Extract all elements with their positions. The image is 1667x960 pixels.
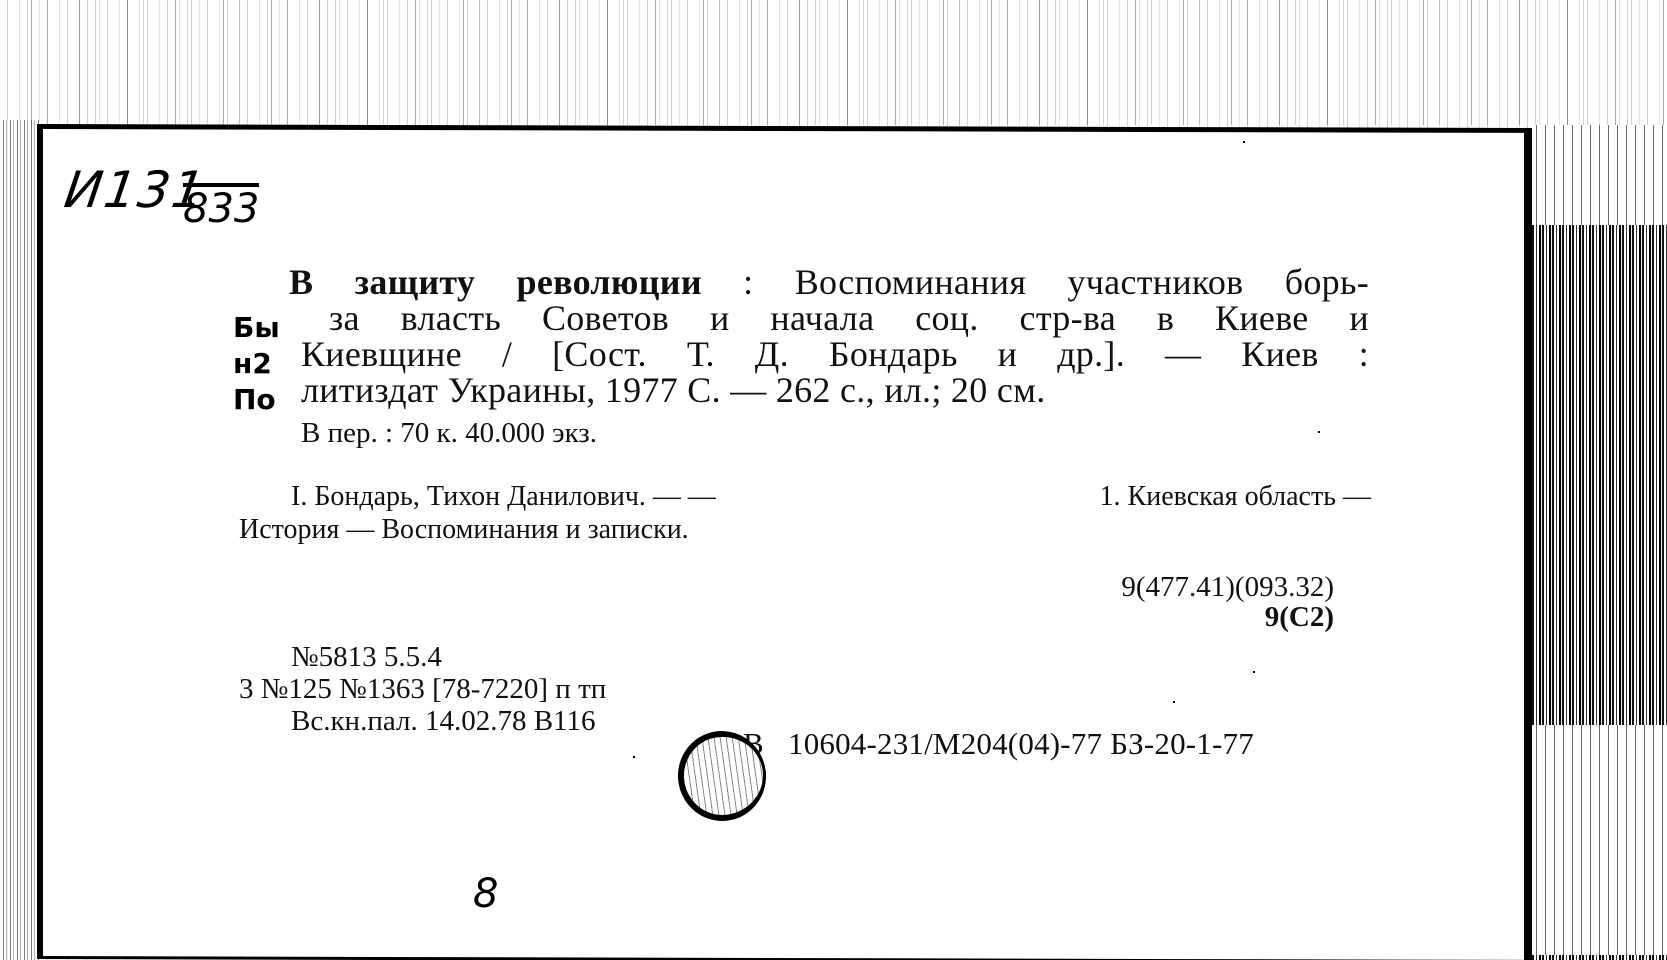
pencil-mark: 8	[473, 871, 498, 917]
main-entry-line: В защиту революции : Воспоминания участн…	[289, 264, 1369, 300]
technical-line-3: Вс.кн.пал. 14.02.78 В116	[291, 705, 595, 738]
margin-note: Бы	[233, 309, 280, 346]
subtitle: : Воспоминания участников борь-	[702, 262, 1369, 302]
call-number-sub: 833	[183, 183, 259, 229]
scanner-light-band	[1532, 125, 1667, 225]
scanner-streak-left	[0, 120, 40, 960]
speck	[633, 756, 635, 758]
tracings-line-1: I. Бондарь, Тихон Данилович. — — 1. Киев…	[291, 481, 1371, 513]
technical-line-1: №5813 5.5.4	[291, 641, 442, 674]
speck	[1253, 671, 1255, 673]
classification-primary: 9(477.41)(093.32)	[1121, 571, 1334, 604]
isbn-line: 10604-231/М204(04)-77 БЗ-20-1-77	[788, 726, 1254, 762]
scanner-streak-top	[0, 0, 1667, 125]
main-entry-line: за власть Советов и начала соц. стр-ва в…	[289, 300, 1369, 336]
book-title: В защиту революции	[289, 262, 702, 302]
scanner-light-band	[1532, 725, 1667, 955]
technical-line-2: 3 №125 №1363 [78-7220] п тп	[239, 673, 606, 706]
speck	[1243, 141, 1245, 143]
margin-note: По	[233, 381, 276, 418]
main-entry: В защиту революции : Воспоминания участн…	[289, 264, 1369, 408]
price-and-print-run: В пер. : 70 к. 40.000 экз.	[301, 417, 597, 450]
classification-secondary: 9(С2)	[1265, 601, 1334, 634]
main-entry-line: Киевщине / [Сост. Т. Д. Бондарь и др.]. …	[289, 336, 1369, 372]
tracings-line-2: История — Воспоминания и записки.	[239, 514, 689, 546]
added-entry-author: I. Бондарь, Тихон Данилович. — —	[291, 481, 716, 513]
catalog-card: И131 833 Бы н2 По В защиту революции : В…	[37, 124, 1532, 960]
subject-heading: 1. Киевская область —	[1100, 481, 1371, 513]
margin-note: н2	[233, 345, 272, 382]
scanner-streak-right	[1532, 125, 1667, 960]
speck	[1173, 701, 1175, 703]
speck	[1318, 431, 1320, 433]
main-entry-line: литиздат Украины, 1977 С. — 262 с., ил.;…	[289, 372, 1369, 408]
